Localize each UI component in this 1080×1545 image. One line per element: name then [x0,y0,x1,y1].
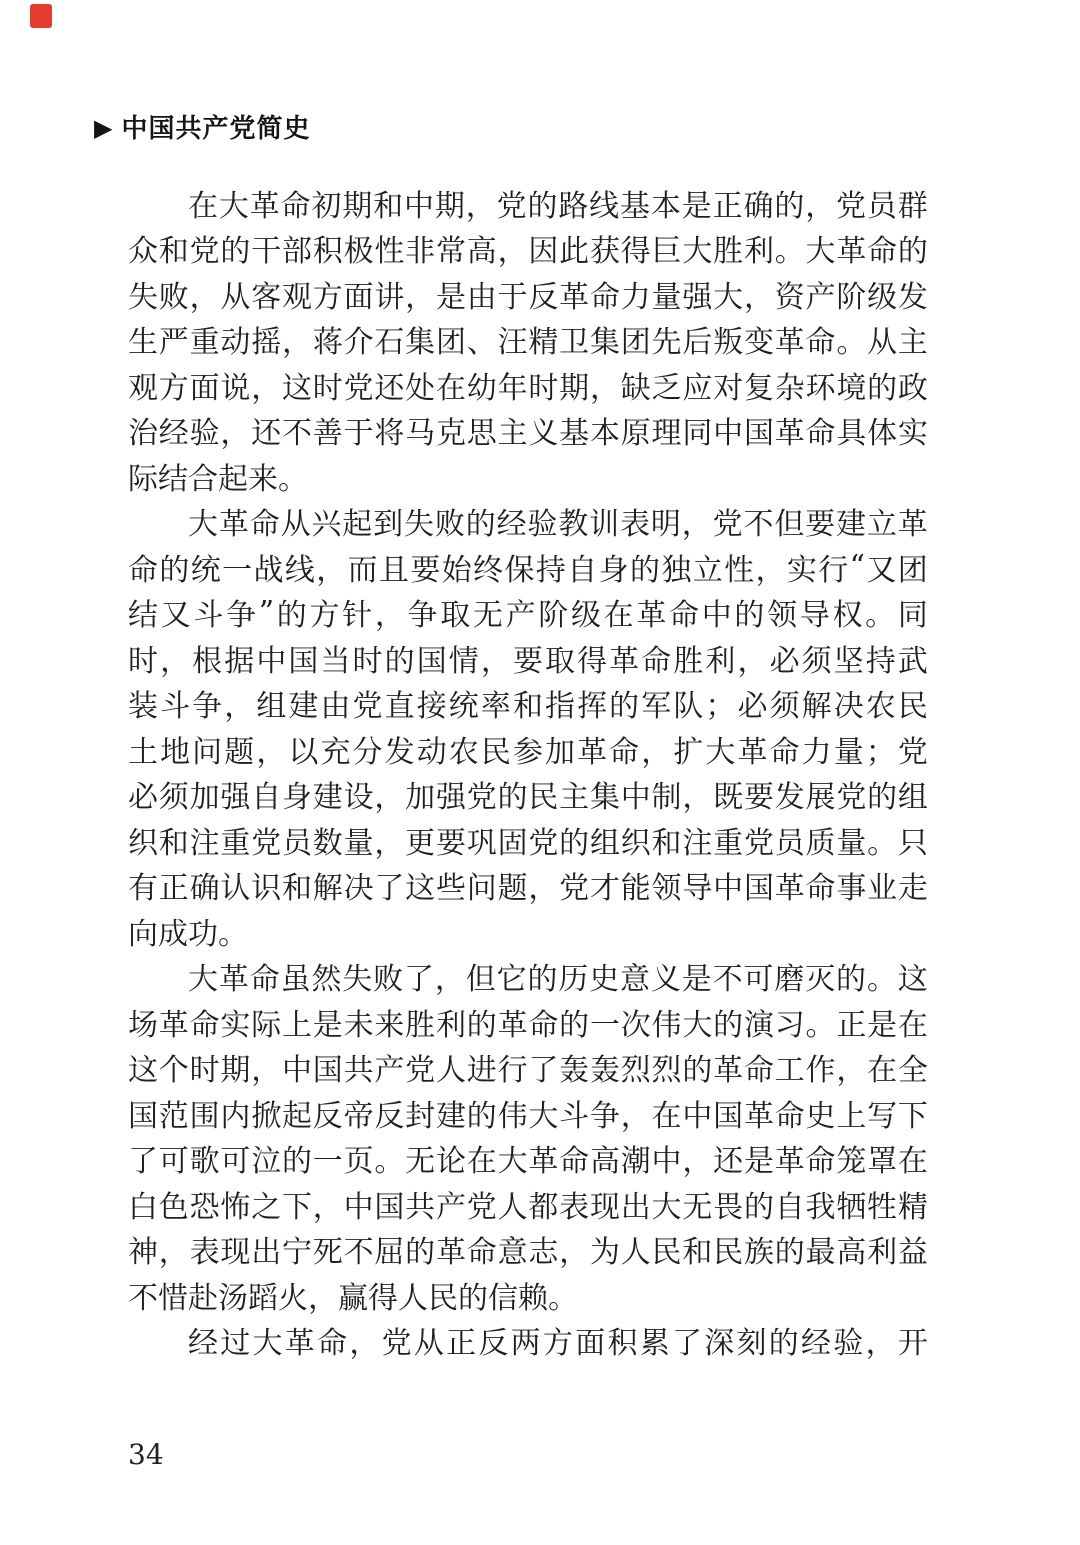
text-line: 结又斗争”的方针，争取无产阶级在革命中的领导权。同 [128,590,928,636]
text-line: 大革命虽然失败了，但它的历史意义是不可磨灭的。这 [128,954,928,1000]
text-line: 织和注重党员数量，更要巩固党的组织和注重党员质量。只 [128,817,928,863]
text-line: 时，根据中国当时的国情，要取得革命胜利，必须坚持武 [128,635,928,681]
text-line: 土地问题，以充分发动农民参加革命，扩大革命力量；党 [128,726,928,772]
text-line: 命的统一战线，而且要始终保持自身的独立性，实行“又团 [128,544,928,590]
red-corner-mark [30,4,52,28]
book-title: 中国共产党简史 [121,108,310,145]
text-line: 在大革命初期和中期，党的路线基本是正确的，党员群 [128,180,928,226]
triangle-right-icon: ▶ [94,116,112,140]
paragraph-1: 在大革命初期和中期，党的路线基本是正确的，党员群众和党的干部积极性非常高，因此获… [128,180,928,499]
book-page: ▶ 中国共产党简史 在大革命初期和中期，党的路线基本是正确的，党员群众和党的干部… [0,0,1080,1545]
text-line: 际结合起来。 [128,453,928,499]
text-line: 装斗争，组建由党直接统率和指挥的军队；必须解决农民 [128,681,928,727]
paragraph-3: 大革命虽然失败了，但它的历史意义是不可磨灭的。这场革命实际上是未来胜利的革命的一… [128,954,928,1318]
text-line: 观方面说，这时党还处在幼年时期，缺乏应对复杂环境的政 [128,362,928,408]
running-header: ▶ 中国共产党简史 [94,108,310,145]
text-line: 国范围内掀起反帝反封建的伟大斗争，在中国革命史上写下 [128,1090,928,1136]
body-text: 在大革命初期和中期，党的路线基本是正确的，党员群众和党的干部积极性非常高，因此获… [128,180,928,1363]
paragraph-2: 大革命从兴起到失败的经验教训表明，党不但要建立革命的统一战线，而且要始终保持自身… [128,499,928,954]
page-number: 34 [128,1438,164,1471]
text-line: 治经验，还不善于将马克思主义基本原理同中国革命具体实 [128,408,928,454]
text-line: 众和党的干部积极性非常高，因此获得巨大胜利。大革命的 [128,226,928,272]
text-line: 向成功。 [128,908,928,954]
text-line: 不惜赴汤蹈火，赢得人民的信赖。 [128,1272,928,1318]
text-line: 生严重动摇，蒋介石集团、汪精卫集团先后叛变革命。从主 [128,317,928,363]
text-line: 有正确认识和解决了这些问题，党才能领导中国革命事业走 [128,863,928,909]
paragraph-4: 经过大革命，党从正反两方面积累了深刻的经验，开 [128,1318,928,1364]
text-line: 场革命实际上是未来胜利的革命的一次伟大的演习。正是在 [128,999,928,1045]
text-line: 大革命从兴起到失败的经验教训表明，党不但要建立革 [128,499,928,545]
text-line: 了可歌可泣的一页。无论在大革命高潮中，还是革命笼罩在 [128,1136,928,1182]
text-line: 神，表现出宁死不屈的革命意志，为人民和民族的最高利益 [128,1227,928,1273]
text-line: 经过大革命，党从正反两方面积累了深刻的经验，开 [128,1318,928,1364]
text-line: 白色恐怖之下，中国共产党人都表现出大无畏的自我牺牲精 [128,1181,928,1227]
text-line: 这个时期，中国共产党人进行了轰轰烈烈的革命工作，在全 [128,1045,928,1091]
text-line: 失败，从客观方面讲，是由于反革命力量强大，资产阶级发 [128,271,928,317]
text-line: 必须加强自身建设，加强党的民主集中制，既要发展党的组 [128,772,928,818]
